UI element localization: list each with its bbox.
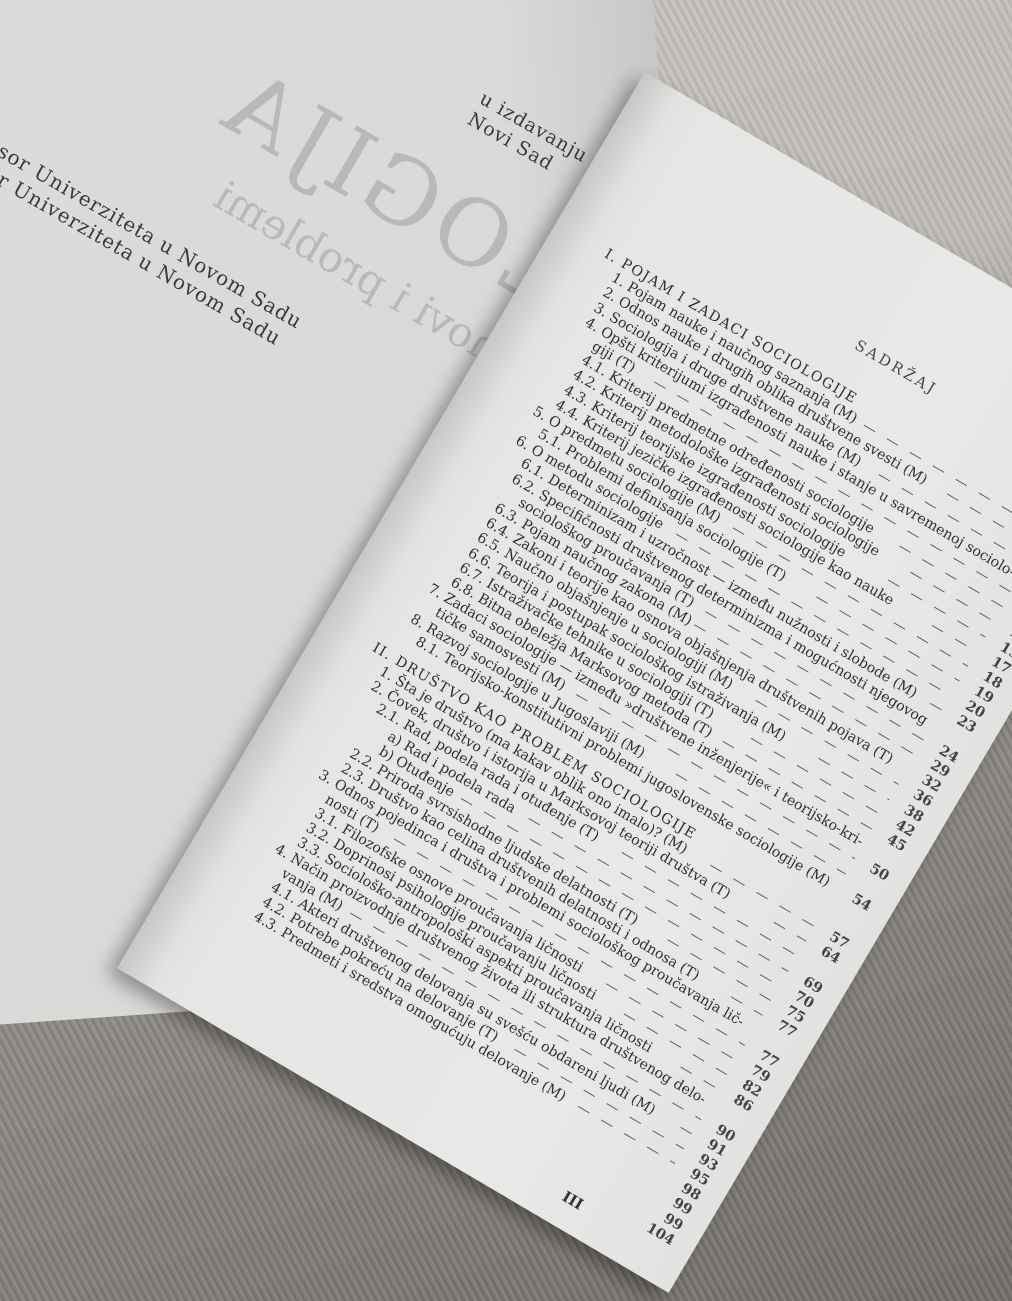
page-title: SADRŽAJ xyxy=(852,336,941,399)
